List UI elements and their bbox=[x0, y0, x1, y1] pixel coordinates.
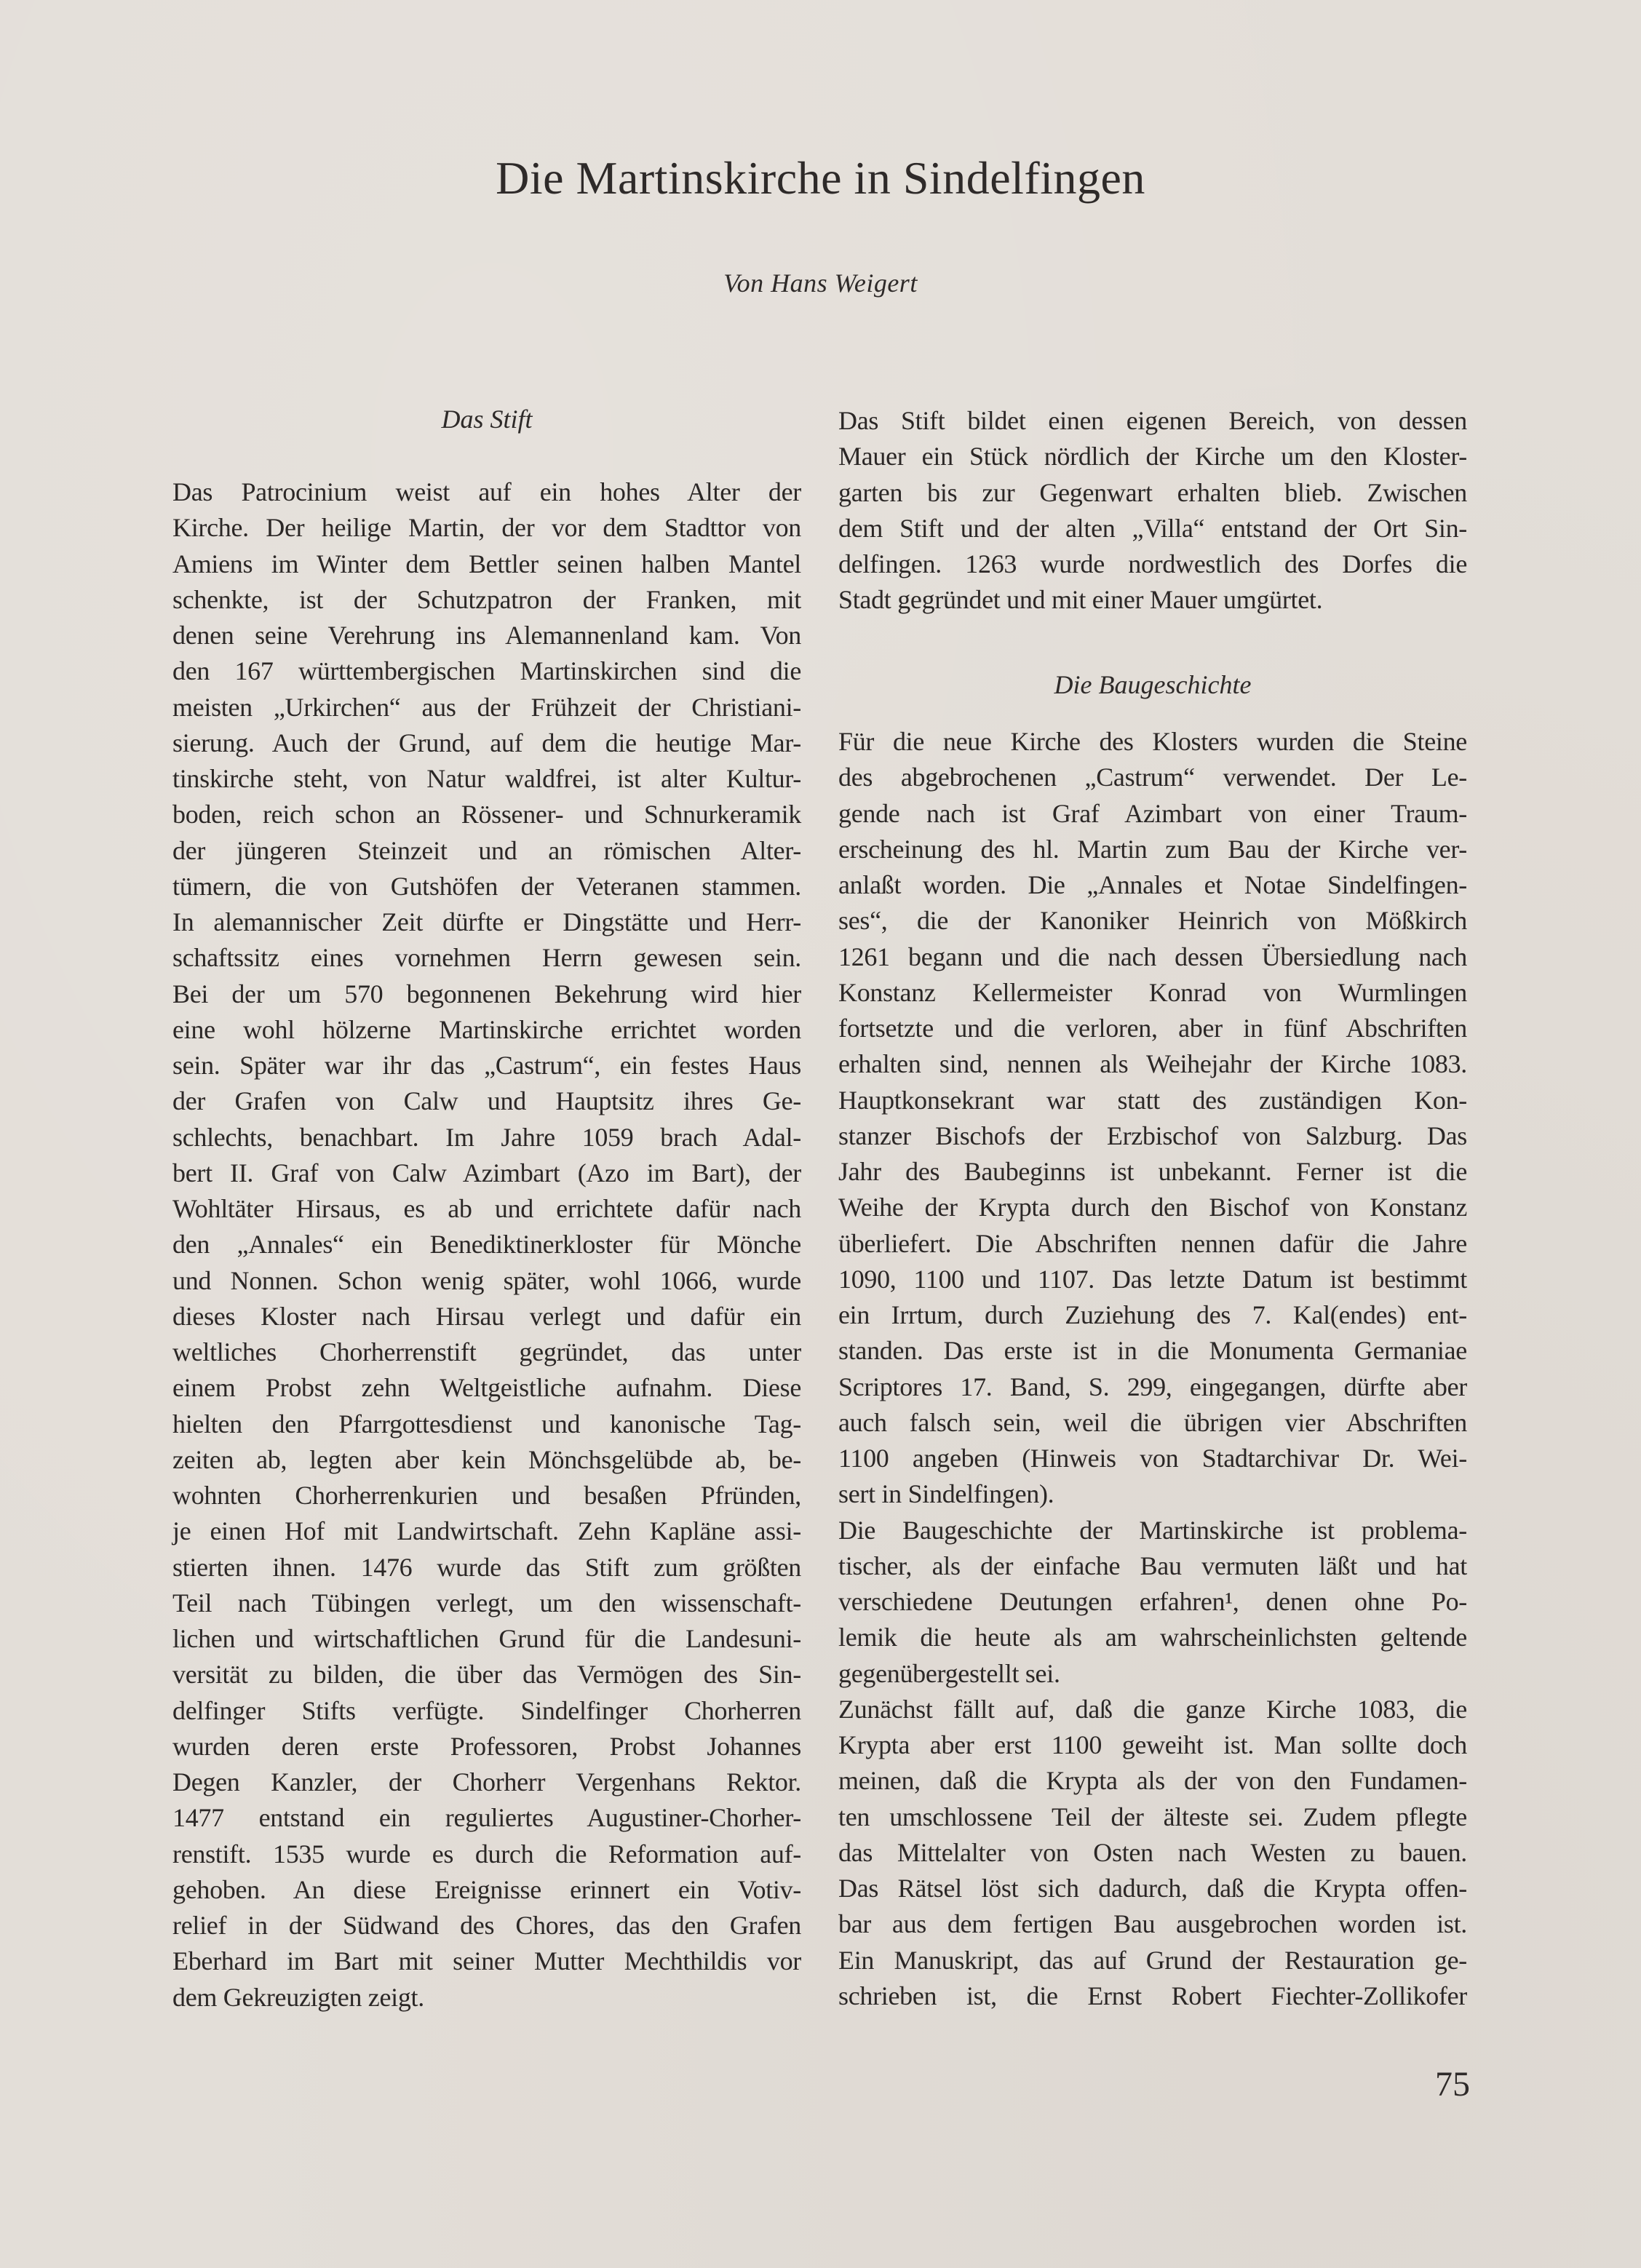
text-line: der Grafen von Calw und Hauptsitz ihres … bbox=[172, 1083, 801, 1119]
text-line: versität zu bilden, die über das Vermöge… bbox=[172, 1657, 801, 1692]
text-line: des abgebrochenen „Castrum“ verwendet. D… bbox=[838, 760, 1467, 795]
text-line: Das Stift bildet einen eigenen Bereich, … bbox=[838, 403, 1467, 439]
text-line: erscheinung des hl. Martin zum Bau der K… bbox=[838, 832, 1467, 867]
text-line: sein. Später war ihr das „Castrum“, ein … bbox=[172, 1048, 801, 1083]
text-line: tischer, als der einfache Bau vermuten l… bbox=[838, 1548, 1467, 1584]
text-line: Für die neue Kirche des Klosters wurden … bbox=[838, 724, 1467, 760]
text-line: dem Stift und der alten „Villa“ entstand… bbox=[838, 511, 1467, 546]
text-line: schlechts, benachbart. Im Jahre 1059 bra… bbox=[172, 1120, 801, 1155]
text-line: weltliches Chorherrenstift gegründet, da… bbox=[172, 1334, 801, 1370]
text-line: Scriptores 17. Band, S. 299, eingegangen… bbox=[838, 1369, 1467, 1405]
text-line: dem Gekreuzigten zeigt. bbox=[172, 1980, 801, 2016]
text-line: wohnten Chorherrenkurien und besaßen Pfr… bbox=[172, 1478, 801, 1513]
text-line: gegenübergestellt sei. bbox=[838, 1656, 1467, 1692]
document-page: Die Martinskirche in Sindelfingen Von Ha… bbox=[0, 0, 1641, 2268]
text-line: denen seine Verehrung ins Alemannenland … bbox=[172, 618, 801, 653]
text-line: und Nonnen. Schon wenig später, wohl 106… bbox=[172, 1263, 801, 1299]
section-heading-das-stift: Das Stift bbox=[172, 401, 801, 437]
text-line: sierung. Auch der Grund, auf dem die heu… bbox=[172, 725, 801, 761]
text-line: schenkte, ist der Schutzpatron der Frank… bbox=[172, 582, 801, 618]
text-line: das Mittelalter von Osten nach Westen zu… bbox=[838, 1835, 1467, 1871]
text-line: stierten ihnen. 1476 wurde das Stift zum… bbox=[172, 1550, 801, 1585]
text-line: schrieben ist, die Ernst Robert Fiechter… bbox=[838, 1978, 1467, 2014]
text-line: 1100 angeben (Hinweis von Stadtarchivar … bbox=[838, 1441, 1467, 1476]
text-line: ses“, die der Kanoniker Heinrich von Möß… bbox=[838, 903, 1467, 939]
text-line: der jüngeren Steinzeit und an römischen … bbox=[172, 833, 801, 869]
text-line: hielten den Pfarrgottesdienst und kanoni… bbox=[172, 1406, 801, 1442]
text-line: renstift. 1535 wurde es durch die Reform… bbox=[172, 1837, 801, 1872]
text-line: dieses Kloster nach Hirsau verlegt und d… bbox=[172, 1299, 801, 1334]
text-line: Ein Manuskript, das auf Grund der Restau… bbox=[838, 1943, 1467, 1978]
text-line: bar aus dem fertigen Bau ausgebrochen wo… bbox=[838, 1906, 1467, 1942]
text-line: Hauptkonsekrant war statt des zuständige… bbox=[838, 1083, 1467, 1118]
text-line: den 167 württembergischen Martinskirchen… bbox=[172, 653, 801, 689]
text-line: gehoben. An diese Ereignisse erinnert ei… bbox=[172, 1872, 801, 1908]
text-line: Degen Kanzler, der Chorherr Vergenhans R… bbox=[172, 1764, 801, 1800]
text-line: 1261 begann und die nach dessen Übersied… bbox=[838, 939, 1467, 975]
text-line: Das Patrocinium weist auf ein hohes Alte… bbox=[172, 474, 801, 510]
text-line: fortsetzte und die verloren, aber in fün… bbox=[838, 1011, 1467, 1046]
text-line: auch falsch sein, weil die übrigen vier … bbox=[838, 1405, 1467, 1441]
section-heading-baugeschichte: Die Baugeschichte bbox=[838, 667, 1467, 703]
text-line: ein Irrtum, durch Zuziehung des 7. Kal(e… bbox=[838, 1297, 1467, 1333]
text-line: lichen und wirtschaftlichen Grund für di… bbox=[172, 1621, 801, 1657]
text-line: 1477 entstand ein reguliertes Augustiner… bbox=[172, 1800, 801, 1836]
text-line: Wohltäter Hirsaus, es ab und errichtete … bbox=[172, 1191, 801, 1227]
text-line: tinskirche steht, von Natur waldfrei, is… bbox=[172, 761, 801, 797]
text-line: relief in der Südwand des Chores, das de… bbox=[172, 1908, 801, 1943]
text-line: Teil nach Tübingen verlegt, um den wisse… bbox=[172, 1585, 801, 1621]
text-line: lemik die heute als am wahrscheinlichste… bbox=[838, 1620, 1467, 1655]
text-line: Mauer ein Stück nördlich der Kirche um d… bbox=[838, 439, 1467, 474]
text-line: einem Probst zehn Weltgeistliche aufnahm… bbox=[172, 1370, 801, 1406]
text-line: bert II. Graf von Calw Azimbart (Azo im … bbox=[172, 1155, 801, 1191]
text-line: Konstanz Kellermeister Konrad von Wurmli… bbox=[838, 975, 1467, 1011]
text-line: meisten „Urkirchen“ aus der Frühzeit der… bbox=[172, 690, 801, 725]
text-line: den „Annales“ ein Benediktinerkloster fü… bbox=[172, 1227, 801, 1262]
text-line: In alemannischer Zeit dürfte er Dingstät… bbox=[172, 904, 801, 940]
text-line: Kirche. Der heilige Martin, der vor dem … bbox=[172, 510, 801, 546]
text-line: Zunächst fällt auf, daß die ganze Kirche… bbox=[838, 1692, 1467, 1727]
text-line: Weihe der Krypta durch den Bischof von K… bbox=[838, 1190, 1467, 1225]
text-line: delfinger Stifts verfügte. Sindelfinger … bbox=[172, 1693, 801, 1729]
text-line: zeiten ab, legten aber kein Mönchsgelübd… bbox=[172, 1442, 801, 1478]
text-line: anlaßt worden. Die „Annales et Notae Sin… bbox=[838, 867, 1467, 903]
text-line: sert in Sindelfingen). bbox=[838, 1476, 1467, 1512]
text-line: 1090, 1100 und 1107. Das letzte Datum is… bbox=[838, 1262, 1467, 1297]
text-line: je einen Hof mit Landwirtschaft. Zehn Ka… bbox=[172, 1513, 801, 1549]
text-line: standen. Das erste ist in die Monumenta … bbox=[838, 1333, 1467, 1369]
text-line: Amiens im Winter dem Bettler seinen halb… bbox=[172, 546, 801, 582]
text-line: Die Baugeschichte der Martinskirche ist … bbox=[838, 1513, 1467, 1548]
text-line: erhalten sind, nennen als Weihejahr der … bbox=[838, 1046, 1467, 1082]
text-line: schaftssitz eines vornehmen Herrn gewese… bbox=[172, 940, 801, 976]
article-title: Die Martinskirche in Sindelfingen bbox=[0, 146, 1641, 211]
text-line: Krypta aber erst 1100 geweiht ist. Man s… bbox=[838, 1727, 1467, 1763]
text-line: Das Rätsel löst sich dadurch, daß die Kr… bbox=[838, 1871, 1467, 1906]
text-line: garten bis zur Gegenwart erhalten blieb.… bbox=[838, 475, 1467, 511]
text-line: Stadt gegründet und mit einer Mauer umgü… bbox=[838, 582, 1467, 618]
text-line: ten umschlossene Teil der älteste sei. Z… bbox=[838, 1799, 1467, 1835]
text-line: eine wohl hölzerne Martinskirche erricht… bbox=[172, 1012, 801, 1048]
text-line: Jahr des Baubeginns ist unbekannt. Ferne… bbox=[838, 1154, 1467, 1190]
article-byline: Von Hans Weigert bbox=[0, 265, 1641, 301]
text-line: wurden deren erste Professoren, Probst J… bbox=[172, 1729, 801, 1764]
text-line: gende nach ist Graf Azimbart von einer T… bbox=[838, 796, 1467, 832]
text-line: tümern, die von Gutshöfen der Veteranen … bbox=[172, 869, 801, 904]
page-number: 75 bbox=[1412, 2063, 1470, 2106]
text-line: delfingen. 1263 wurde nordwestlich des D… bbox=[838, 546, 1467, 582]
text-line: meinen, daß die Krypta als der von den F… bbox=[838, 1763, 1467, 1799]
text-line: überliefert. Die Abschriften nennen dafü… bbox=[838, 1226, 1467, 1262]
text-line: boden, reich schon an Rössener- und Schn… bbox=[172, 797, 801, 832]
text-line: Bei der um 570 begonnenen Bekehrung wird… bbox=[172, 976, 801, 1012]
text-line: stanzer Bischofs der Erzbischof von Salz… bbox=[838, 1118, 1467, 1154]
text-line: verschiedene Deutungen erfahren¹, denen … bbox=[838, 1584, 1467, 1620]
text-line: Eberhard im Bart mit seiner Mutter Mecht… bbox=[172, 1943, 801, 1979]
